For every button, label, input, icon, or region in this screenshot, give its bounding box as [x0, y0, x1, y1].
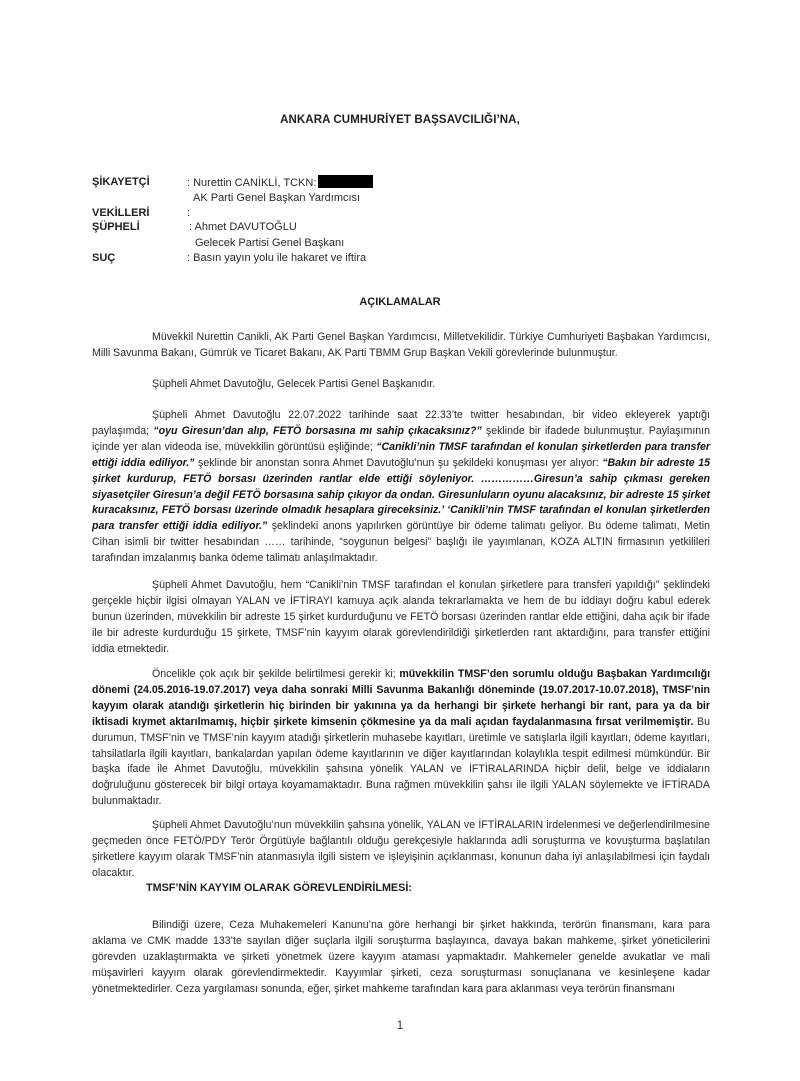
suspect-title: Gelecek Partisi Genel Başkanı — [195, 236, 344, 250]
document-title: ANKARA CUMHURİYET BAŞSAVCILIĞI’NA, — [0, 114, 800, 126]
suspect-value: : Ahmet DAVUTOĞLU — [189, 220, 297, 234]
tckn-redaction-bar — [318, 175, 373, 188]
complainant-title: AK Parti Genel Başkan Yardımcısı — [193, 191, 360, 205]
page-number: 1 — [0, 1018, 800, 1032]
suspect-label: ŞÜPHELİ — [92, 220, 140, 234]
paragraph-4: Şüpheli Ahmet Davutoğlu, hem “Canikli’ni… — [92, 578, 710, 658]
document-page: ANKARA CUMHURİYET BAŞSAVCILIĞI’NA, ŞİKAY… — [0, 0, 800, 1081]
paragraph-3: Şüpheli Ahmet Davutoğlu 22.07.2022 tarih… — [92, 408, 710, 567]
paragraph-2: Şüpheli Ahmet Davutoğlu, Gelecek Partisi… — [92, 377, 710, 393]
complainant-value: : Nurettin CANİKLİ, TCKN: — [187, 175, 373, 190]
attorneys-label: VEKİLLERİ — [92, 206, 149, 220]
paragraph-1: Müvekkil Nurettin Canikli, AK Parti Gene… — [92, 330, 710, 362]
paragraph-5: Öncelikle çok açık bir şekilde belirtilm… — [92, 667, 710, 810]
quote-1: “oyu Giresun’dan alıp, FETÖ borsasına mı… — [153, 425, 481, 437]
subheading-tmsf: TMSF’NİN KAYYIM OLARAK GÖREVLENDİRİLMESİ… — [146, 882, 412, 894]
crime-value: : Basın yayın yolu ile hakaret ve iftira — [187, 251, 366, 265]
section-title: AÇIKLAMALAR — [0, 296, 800, 308]
paragraph-7: Bilindiği üzere, Ceza Muhakemeleri Kanun… — [92, 918, 710, 998]
crime-label: SUÇ — [92, 251, 115, 265]
paragraph-6: Şüpheli Ahmet Davutoğlu’nun müvekkilin ş… — [92, 818, 710, 882]
complainant-label: ŞİKAYETÇİ — [92, 175, 150, 189]
attorneys-value: : — [187, 206, 190, 220]
